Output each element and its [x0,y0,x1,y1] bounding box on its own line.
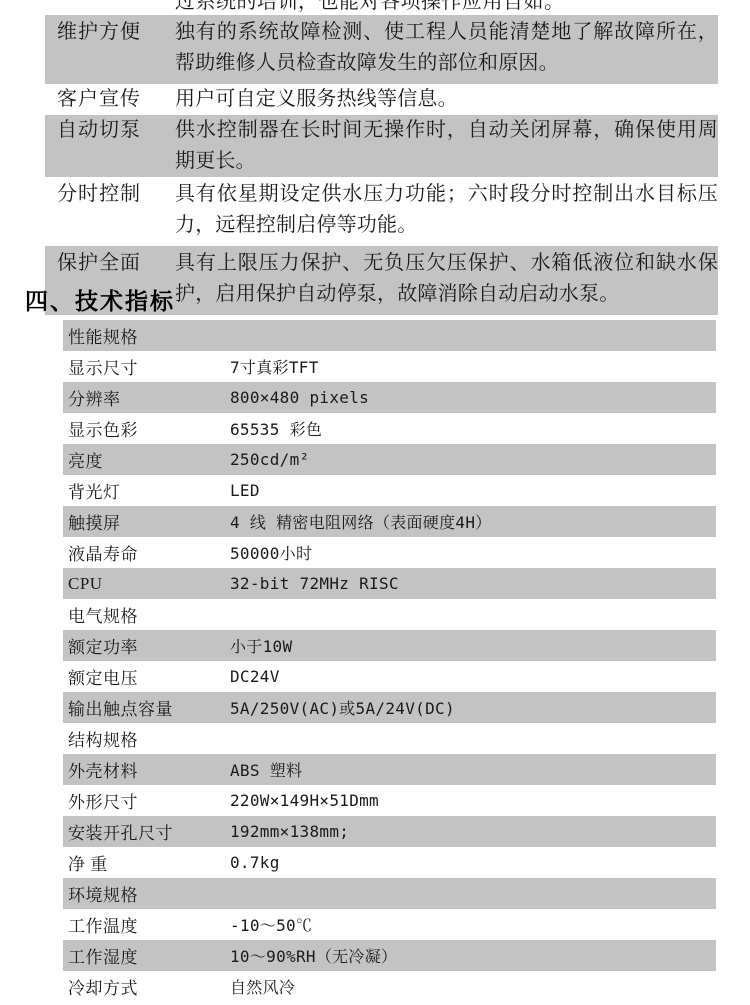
section-heading: 四、技术指标 [25,283,175,316]
spec-label: 工作湿度 [63,943,230,968]
spec-label: 显示色彩 [63,416,230,441]
specs-table: 性能规格 显示尺寸 7寸真彩TFT 分辨率 800×480 pixels 显示色… [63,320,716,1002]
feature-description: 具有上限压力保护、无负压欠压保护、水箱低液位和缺水保护，启用保护自动停泵，故障消… [175,248,718,310]
spec-row: 输出触点容量 5A/250V(AC)或5A/24V(DC) [63,692,716,723]
spec-value: DC24V [230,667,716,686]
spec-value: 800×480 pixels [230,388,716,407]
spec-row: 液晶寿命 50000小时 [63,537,716,568]
feature-label: 分时控制 [45,179,175,210]
spec-value: 5A/250V(AC)或5A/24V(DC) [230,696,716,719]
spec-row: 显示色彩 65535 彩色 [63,413,716,444]
spec-value: 220W×149H×51Dmm [230,791,716,810]
spec-value: 65535 彩色 [230,417,716,440]
spec-value: ABS 塑料 [230,758,716,781]
spec-label: 外壳材料 [63,757,230,782]
spec-label: 额定电压 [63,664,230,689]
spec-row: CPU 32-bit 72MHz RISC [63,568,716,599]
spec-row: 背光灯 LED [63,475,716,506]
spec-row: 安装开孔尺寸 192mm×138mm; [63,816,716,847]
spec-value: 10～90%RH（无冷凝） [230,944,716,967]
spec-label: 输出触点容量 [63,695,230,720]
spec-row: 额定电压 DC24V [63,661,716,692]
feature-description: 供水控制器在长时间无操作时，自动关闭屏幕，确保使用周期更长。 [175,115,718,177]
spec-label: 工作温度 [63,912,230,937]
feature-row: 客户宣传 用户可自定义服务热线等信息。 [45,84,718,115]
spec-value: -10～50℃ [230,913,716,936]
spec-label: 电气规格 [63,602,230,627]
spec-label: 外形尺寸 [63,788,230,813]
feature-description: 用户可自定义服务热线等信息。 [175,84,718,115]
spec-value: LED [230,481,716,500]
spec-row: 结构规格 [63,723,716,754]
spec-row: 外形尺寸 220W×149H×51Dmm [63,785,716,816]
spec-row: 触摸屏 4 线 精密电阻网络（表面硬度4H） [63,506,716,537]
spec-label: 触摸屏 [63,509,230,534]
spec-label: 额定功率 [63,633,230,658]
spec-row: 环境规格 [63,878,716,909]
spec-row: 电气规格 [63,599,716,630]
spec-label: 显示尺寸 [63,354,230,379]
spec-row: 分辨率 800×480 pixels [63,382,716,413]
spec-label: CPU [63,574,230,594]
spec-row: 额定功率 小于10W [63,630,716,661]
feature-label: 自动切泵 [45,115,175,146]
spec-value: 192mm×138mm; [230,822,716,841]
spec-label: 环境规格 [63,881,230,906]
feature-row: 维护方便 独有的系统故障检测、使工程人员能清楚地了解故障所在，帮助维修人员检查故… [45,15,718,84]
intro-partial-line: 过系统的培训，也能对各项操作应用自如。 [175,0,720,14]
spec-label: 结构规格 [63,726,230,751]
spec-row: 显示尺寸 7寸真彩TFT [63,351,716,382]
feature-description: 具有依星期设定供水压力功能；六时段分时控制出水目标压力，远程控制启停等功能。 [175,179,718,241]
spec-value: 7寸真彩TFT [230,355,716,378]
feature-label: 维护方便 [45,17,175,48]
spec-label: 冷却方式 [63,974,230,999]
spec-label: 净 重 [63,850,230,875]
feature-label: 保护全面 [45,248,175,279]
spec-row: 工作湿度 10～90%RH（无冷凝） [63,940,716,971]
spec-row: 性能规格 [63,320,716,351]
spec-label: 分辨率 [63,385,230,410]
spec-row: 冷却方式 自然风冷 [63,971,716,1002]
spec-label: 安装开孔尺寸 [63,819,230,844]
spec-value: 小于10W [230,634,716,657]
spec-row: 工作温度 -10～50℃ [63,909,716,940]
feature-label: 客户宣传 [45,84,175,115]
spec-row: 净 重 0.7kg [63,847,716,878]
spec-value: 4 线 精密电阻网络（表面硬度4H） [230,510,716,533]
document-page: 过系统的培训，也能对各项操作应用自如。 维护方便 独有的系统故障检测、使工程人员… [0,0,750,1005]
spec-row: 外壳材料 ABS 塑料 [63,754,716,785]
spec-value: 32-bit 72MHz RISC [230,574,716,593]
features-table: 维护方便 独有的系统故障检测、使工程人员能清楚地了解故障所在，帮助维修人员检查故… [45,15,718,315]
spec-value: 250cd/m² [230,450,716,469]
feature-row: 自动切泵 供水控制器在长时间无操作时，自动关闭屏幕，确保使用周期更长。 [45,115,718,177]
spec-label: 性能规格 [63,323,230,348]
spec-value: 自然风冷 [230,975,716,998]
spec-value: 0.7kg [230,853,716,872]
spec-row: 亮度 250cd/m² [63,444,716,475]
spec-label: 背光灯 [63,478,230,503]
spec-value: 50000小时 [230,541,716,564]
feature-row: 分时控制 具有依星期设定供水压力功能；六时段分时控制出水目标压力，远程控制启停等… [45,177,718,246]
spec-label: 亮度 [63,447,230,472]
feature-description: 独有的系统故障检测、使工程人员能清楚地了解故障所在，帮助维修人员检查故障发生的部… [175,17,718,79]
spec-label: 液晶寿命 [63,540,230,565]
